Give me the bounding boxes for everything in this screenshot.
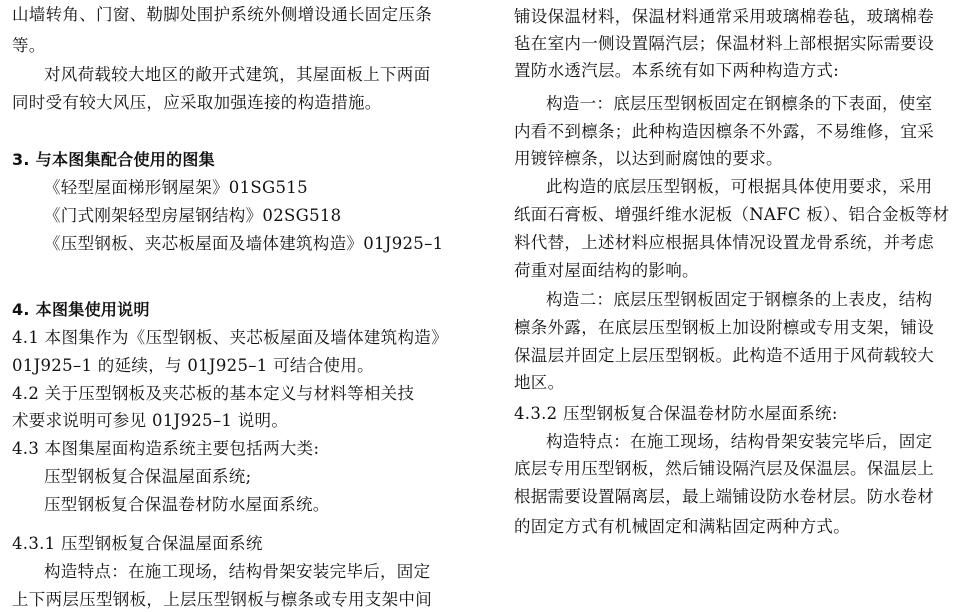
paragraph-line: 铺设保温材料，保温材料通常采用玻璃棉卷毡，玻璃棉卷 [514, 7, 934, 27]
paragraph-line: 内看不到檩条；此种构造因檩条不外露，不易维修，宜采 [514, 122, 934, 142]
paragraph-line: 构造二：底层压型钢板固定于钢檩条的上表皮，结构 [514, 290, 932, 310]
paragraph-line: 4.3 本图集屋面构造系统主要包括两大类: [12, 439, 319, 459]
paragraph-line: 构造特点：在施工现场，结构骨架安装完毕后，固定 [12, 562, 430, 582]
paragraph-line: 荷重对屋面结构的影响。 [514, 261, 699, 281]
paragraph-line: 构造一：底层压型钢板固定在钢檩条的下表面，使室 [514, 94, 932, 114]
reference-item: 《门式刚架轻型房屋钢结构》02SG518 [12, 206, 341, 226]
reference-item: 《轻型屋面梯形钢屋架》01SG515 [12, 178, 308, 198]
list-item: 压型钢板复合保温屋面系统; [12, 467, 251, 487]
section-3-heading: 3. 与本图集配合使用的图集 [12, 150, 215, 170]
paragraph-line: 4.1 本图集作为《压型钢板、夹芯板屋面及墙体建筑构造》 [12, 328, 448, 348]
paragraph-line: 地区。 [514, 373, 564, 393]
paragraph-line: 置防水透汽层。本系统有如下两种构造方式: [514, 61, 839, 81]
paragraph-line: 上下两层压型钢板，上层压型钢板与檩条或专用支架中间 [12, 590, 432, 610]
paragraph-line: 保温层并固定上层压型钢板。此构造不适用于风荷载较大 [514, 346, 934, 366]
paragraph-line: 等。 [12, 36, 46, 56]
paragraph-line: 根据需要设置隔离层，最上端铺设防水卷材层。防水卷材 [514, 487, 934, 507]
paragraph-line: 用镀锌檩条，以达到耐腐蚀的要求。 [514, 149, 783, 169]
reference-item: 《压型钢板、夹芯板屋面及墙体建筑构造》01J925–1 [12, 234, 443, 254]
paragraph-line: 底层专用压型钢板，然后铺设隔汽层及保温层。保温层上 [514, 459, 934, 479]
paragraph-line: 构造特点：在施工现场，结构骨架安装完毕后，固定 [514, 432, 932, 452]
paragraph-line: 料代替，上述材料应根据具体情况设置龙骨系统，并考虑 [514, 233, 934, 253]
paragraph-line: 同时受有较大风压，应采取加强连接的构造措施。 [12, 93, 382, 113]
section-4-heading: 4. 本图集使用说明 [12, 300, 150, 320]
subsection-heading: 4.3.1 压型钢板复合保温屋面系统 [12, 534, 263, 554]
paragraph-line: 此构造的底层压型钢板，可根据具体使用要求，采用 [514, 177, 932, 197]
paragraph-line: 纸面石膏板、增强纤维水泥板（NAFC 板）、铝合金板等材 [514, 205, 949, 225]
paragraph-line: 术要求说明可参见 01J925–1 说明。 [12, 411, 288, 431]
paragraph-line: 01J925–1 的延续，与 01J925–1 可结合使用。 [12, 356, 374, 376]
paragraph-line: 4.2 关于压型钢板及夹芯板的基本定义与材料等相关技 [12, 384, 414, 404]
paragraph-line: 对风荷载较大地区的敞开式建筑，其屋面板上下两面 [12, 65, 430, 85]
paragraph-line: 的固定方式有机械固定和满粘固定两种方式。 [514, 517, 850, 537]
paragraph-line: 山墙转角、门窗、勒脚处围护系统外侧增设通长固定压条 [12, 5, 432, 25]
subsection-heading: 4.3.2 压型钢板复合保温卷材防水屋面系统: [514, 404, 838, 424]
paragraph-line: 毡在室内一侧设置隔汽层；保温材料上部根据实际需要设 [514, 34, 934, 54]
paragraph-line: 檩条外露，在底层压型钢板上加设附檩或专用支架，铺设 [514, 318, 934, 338]
list-item: 压型钢板复合保温卷材防水屋面系统。 [12, 495, 330, 515]
